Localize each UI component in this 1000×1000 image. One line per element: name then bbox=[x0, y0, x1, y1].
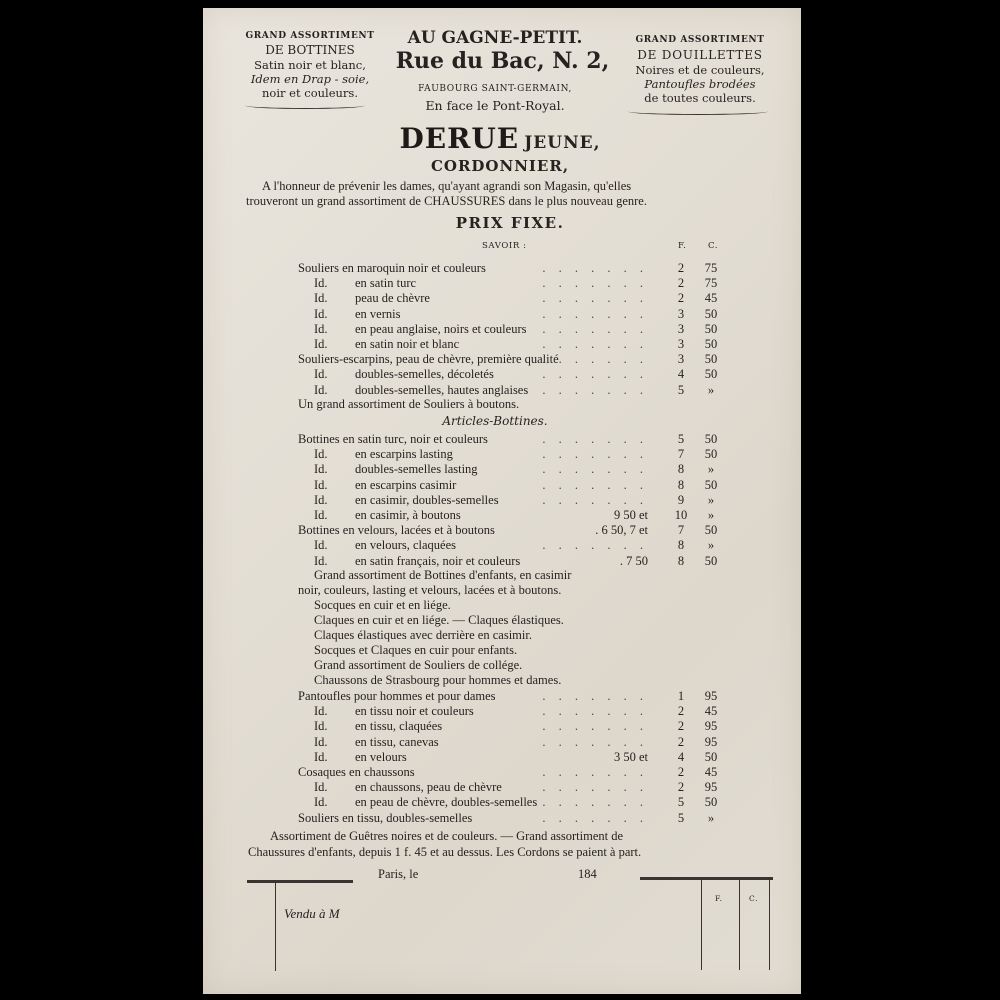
merchant-name: DERUE bbox=[400, 122, 520, 155]
invoice-vline-2 bbox=[739, 878, 740, 970]
shop-name: AU GAGNE-PETIT. bbox=[370, 28, 620, 48]
price-francs: 2 bbox=[674, 261, 688, 276]
price-centimes: 50 bbox=[702, 322, 720, 337]
price-row: Id.en tissu noir et couleurs. . . . . . … bbox=[298, 704, 728, 719]
invoice-vline-3 bbox=[769, 878, 770, 970]
price-row: Souliers en tissu, doubles-semelles. . .… bbox=[298, 811, 728, 826]
item-label: Id. bbox=[314, 478, 328, 493]
price-row: Id.en peau anglaise, noirs et couleurs. … bbox=[298, 322, 728, 337]
right-box-line5: de toutes couleurs. bbox=[625, 91, 775, 105]
item-description: peau de chèvre bbox=[355, 291, 430, 306]
invoice-left-vline bbox=[275, 881, 276, 971]
item-description: en peau de chèvre, doubles-semelles bbox=[355, 795, 537, 810]
price-row: Id.en tissu, canevas. . . . . . .295 bbox=[298, 735, 728, 750]
price-row: Id.en chaussons, peau de chèvre. . . . .… bbox=[298, 780, 728, 795]
footer-note-line-2: Chaussures d'enfants, depuis 1 f. 45 et … bbox=[248, 845, 641, 860]
price-row: Id.doubles-semelles, décoletés. . . . . … bbox=[298, 367, 728, 382]
item-description: en escarpins lasting bbox=[355, 447, 453, 462]
price-centimes: 95 bbox=[702, 735, 720, 750]
price-row: Cosaques en chaussons. . . . . . .245 bbox=[298, 765, 728, 780]
item-description: en velours bbox=[355, 750, 407, 765]
item-label: Id. bbox=[314, 383, 328, 398]
leader-dots: . . . . . . . bbox=[542, 322, 648, 337]
price-row: Id.en velours3 50 et450 bbox=[298, 750, 728, 765]
leader-dots: . . . . . . . bbox=[542, 735, 648, 750]
left-ornament-rule bbox=[245, 102, 365, 109]
leader-dots: . . . . . . . bbox=[542, 780, 648, 795]
note-line: Claques en cuir et en liége. — Claques é… bbox=[314, 613, 564, 628]
item-label: Cosaques en chaussons bbox=[298, 765, 415, 780]
invoice-vline-1 bbox=[701, 878, 702, 970]
price-centimes: 50 bbox=[702, 478, 720, 493]
invoice-col-francs: F. bbox=[715, 894, 723, 903]
price-centimes: 95 bbox=[702, 719, 720, 734]
invoice-place: Paris, le bbox=[378, 867, 418, 882]
price-row: Id.en peau de chèvre, doubles-semelles. … bbox=[298, 795, 728, 810]
item-description: en vernis bbox=[355, 307, 400, 322]
left-box-line5: noir et couleurs. bbox=[245, 86, 375, 100]
item-label: Id. bbox=[314, 554, 328, 569]
item-label: Id. bbox=[314, 276, 328, 291]
note-line: Socques et Claques en cuir pour enfants. bbox=[314, 643, 517, 658]
price-centimes: 50 bbox=[702, 352, 720, 367]
leader-dots: . . . . . . . bbox=[542, 307, 648, 322]
price-heading: PRIX FIXE. bbox=[400, 214, 620, 232]
price-row: Id.doubles-semelles, hautes anglaises. .… bbox=[298, 383, 728, 398]
district: FAUBOURG SAINT-GERMAIN, bbox=[370, 84, 620, 94]
item-label: Id. bbox=[314, 735, 328, 750]
item-description: en tissu, claquées bbox=[355, 719, 442, 734]
price-francs: 5 bbox=[674, 811, 688, 826]
section2-title: Articles-Bottines. bbox=[420, 414, 570, 428]
item-description: doubles-semelles, hautes anglaises bbox=[355, 383, 528, 398]
column-savoir: SAVOIR : bbox=[482, 241, 527, 251]
item-label: Id. bbox=[314, 447, 328, 462]
price-centimes: » bbox=[702, 462, 720, 477]
price-francs: 1 bbox=[674, 689, 688, 704]
leader-dots: . . . . . . . bbox=[542, 432, 648, 447]
leader-dots: . . . . . . . bbox=[542, 447, 648, 462]
price-centimes: 50 bbox=[702, 307, 720, 322]
note-line: Grand assortiment de Souliers de collége… bbox=[314, 658, 522, 673]
right-box-line2: DE DOUILLETTES bbox=[625, 48, 775, 62]
price-francs: 2 bbox=[674, 780, 688, 795]
price-francs: 2 bbox=[674, 765, 688, 780]
column-francs: F. bbox=[678, 241, 686, 251]
price-francs: 5 bbox=[674, 383, 688, 398]
price-francs: 7 bbox=[674, 447, 688, 462]
price-centimes: 45 bbox=[702, 765, 720, 780]
item-description: doubles-semelles lasting bbox=[355, 462, 478, 477]
price-francs: 3 bbox=[674, 337, 688, 352]
price-centimes: » bbox=[702, 493, 720, 508]
price-row: Souliers en maroquin noir et couleurs. .… bbox=[298, 261, 728, 276]
price-francs: 5 bbox=[674, 432, 688, 447]
price-francs: 2 bbox=[674, 704, 688, 719]
note-line: Socques en cuir et en liége. bbox=[314, 598, 451, 613]
leader-dots: . . . . . . . bbox=[542, 811, 648, 826]
footer-note-line-1: Assortiment de Guêtres noires et de coul… bbox=[270, 829, 775, 844]
note-line: Chaussons de Strasbourg pour hommes et d… bbox=[314, 673, 561, 688]
item-label: Id. bbox=[314, 719, 328, 734]
item-description: en satin noir et blanc bbox=[355, 337, 459, 352]
price-row: Id.en satin français, noir et couleurs. … bbox=[298, 554, 728, 569]
intro-line-2: trouveront un grand assortiment de CHAUS… bbox=[246, 194, 647, 209]
leader-dots: . . . . . . . bbox=[542, 352, 648, 367]
landmark: En face le Pont-Royal. bbox=[370, 98, 620, 113]
price-francs: 3 bbox=[674, 352, 688, 367]
leader-dots: . . . . . . . bbox=[542, 795, 648, 810]
leader-dots: . . . . . . . bbox=[542, 367, 648, 382]
price-francs: 8 bbox=[674, 462, 688, 477]
price-row: Id.peau de chèvre. . . . . . .245 bbox=[298, 291, 728, 306]
leader-dots: . . . . . . . bbox=[542, 478, 648, 493]
right-box-line3: Noires et de couleurs, bbox=[625, 63, 775, 77]
price-francs: 8 bbox=[674, 538, 688, 553]
item-description: en velours, claquées bbox=[355, 538, 456, 553]
price-row: Id.en vernis. . . . . . .350 bbox=[298, 307, 728, 322]
left-box-line1: GRAND ASSORTIMENT bbox=[245, 31, 375, 41]
price-row: Id.doubles-semelles lasting. . . . . . .… bbox=[298, 462, 728, 477]
price-francs: 2 bbox=[674, 291, 688, 306]
left-box-line4: Idem en Drap - soie, bbox=[240, 72, 380, 86]
price-francs: 8 bbox=[674, 554, 688, 569]
invoice-year: 184 bbox=[578, 867, 597, 882]
leader-dots: . . . . . . . bbox=[542, 493, 648, 508]
item-description: en tissu noir et couleurs bbox=[355, 704, 474, 719]
item-label: Souliers en tissu, doubles-semelles bbox=[298, 811, 472, 826]
item-description: en peau anglaise, noirs et couleurs bbox=[355, 322, 526, 337]
item-description: en casimir, à boutons bbox=[355, 508, 461, 523]
right-box-line4: Pantoufles brodées bbox=[625, 77, 775, 91]
leader-dots: . . . . . . . bbox=[542, 337, 648, 352]
note-line: noir, couleurs, lasting et velours, lacé… bbox=[298, 583, 561, 598]
price-francs: 8 bbox=[674, 478, 688, 493]
right-ornament-rule bbox=[628, 108, 768, 115]
item-label: Souliers en maroquin noir et couleurs bbox=[298, 261, 486, 276]
leader-dots: . . . . . . . bbox=[542, 719, 648, 734]
price-row: Id.en satin noir et blanc. . . . . . .35… bbox=[298, 337, 728, 352]
item-description: en satin turc bbox=[355, 276, 416, 291]
price-francs: 9 bbox=[674, 493, 688, 508]
alt-price: 9 50 et bbox=[614, 508, 648, 523]
item-label: Id. bbox=[314, 538, 328, 553]
price-centimes: 50 bbox=[702, 795, 720, 810]
alt-price: . 6 50, 7 et bbox=[595, 523, 648, 538]
price-centimes: 95 bbox=[702, 780, 720, 795]
price-centimes: 50 bbox=[702, 447, 720, 462]
leader-dots: . . . . . . . bbox=[542, 261, 648, 276]
price-row: Id.en casimir, à boutons9 50 et10» bbox=[298, 508, 728, 523]
price-row: Souliers-escarpins, peau de chèvre, prem… bbox=[298, 352, 728, 367]
item-label: Id. bbox=[314, 291, 328, 306]
price-centimes: 45 bbox=[702, 291, 720, 306]
shop-address: Rue du Bac, N. 2, bbox=[370, 48, 635, 74]
item-description: doubles-semelles, décoletés bbox=[355, 367, 494, 382]
alt-price: . 7 50 bbox=[620, 554, 648, 569]
right-box-line1: GRAND ASSORTIMENT bbox=[625, 35, 775, 45]
merchant-trade: CORDONNIER, bbox=[380, 157, 620, 175]
item-label: Bottines en velours, lacées et à boutons bbox=[298, 523, 495, 538]
price-centimes: 50 bbox=[702, 337, 720, 352]
leader-dots: . . . . . . . bbox=[542, 383, 648, 398]
merchant-name-block: DERUE JEUNE, bbox=[300, 122, 700, 155]
price-centimes: 50 bbox=[702, 523, 720, 538]
item-label: Id. bbox=[314, 750, 328, 765]
price-centimes: 50 bbox=[702, 554, 720, 569]
price-centimes: 75 bbox=[702, 261, 720, 276]
price-centimes: » bbox=[702, 508, 720, 523]
item-label: Id. bbox=[314, 367, 328, 382]
left-box-line2: DE BOTTINES bbox=[245, 43, 375, 57]
price-row: Id.en casimir, doubles-semelles. . . . .… bbox=[298, 493, 728, 508]
item-label: Souliers-escarpins, peau de chèvre, prem… bbox=[298, 352, 559, 367]
price-centimes: 50 bbox=[702, 750, 720, 765]
leader-dots: . . . . . . . bbox=[542, 704, 648, 719]
leader-dots: . . . . . . . bbox=[542, 291, 648, 306]
price-row: Id.en velours, claquées. . . . . . .8» bbox=[298, 538, 728, 553]
item-description: en satin français, noir et couleurs bbox=[355, 554, 520, 569]
invoice-sold-to: Vendu à M bbox=[284, 906, 340, 922]
left-box-line3: Satin noir et blanc, bbox=[245, 58, 375, 72]
price-centimes: 50 bbox=[702, 432, 720, 447]
price-centimes: 75 bbox=[702, 276, 720, 291]
price-francs: 2 bbox=[674, 276, 688, 291]
leader-dots: . . . . . . . bbox=[542, 538, 648, 553]
price-row: Pantoufles pour hommes et pour dames. . … bbox=[298, 689, 728, 704]
price-centimes: 95 bbox=[702, 689, 720, 704]
item-label: Id. bbox=[314, 337, 328, 352]
price-francs: 7 bbox=[674, 523, 688, 538]
note-line: Claques élastiques avec derrière en casi… bbox=[314, 628, 532, 643]
price-francs: 10 bbox=[674, 508, 688, 523]
merchant-suffix: JEUNE, bbox=[524, 133, 600, 153]
price-francs: 2 bbox=[674, 735, 688, 750]
column-centimes: C. bbox=[708, 241, 718, 251]
price-row: Id.en satin turc. . . . . . .275 bbox=[298, 276, 728, 291]
item-label: Bottines en satin turc, noir et couleurs bbox=[298, 432, 488, 447]
section1-note: Un grand assortiment de Souliers à bouto… bbox=[298, 397, 519, 412]
price-centimes: 50 bbox=[702, 367, 720, 382]
price-row: Bottines en satin turc, noir et couleurs… bbox=[298, 432, 728, 447]
invoice-right-rule bbox=[640, 877, 773, 880]
leader-dots: . . . . . . . bbox=[542, 276, 648, 291]
price-francs: 2 bbox=[674, 719, 688, 734]
item-description: en escarpins casimir bbox=[355, 478, 456, 493]
item-description: en tissu, canevas bbox=[355, 735, 439, 750]
price-centimes: 45 bbox=[702, 704, 720, 719]
alt-price: 3 50 et bbox=[614, 750, 648, 765]
intro-line-1: A l'honneur de prévenir les dames, qu'ay… bbox=[262, 179, 772, 194]
item-label: Id. bbox=[314, 307, 328, 322]
leader-dots: . . . . . . . bbox=[542, 689, 648, 704]
price-row: Id.en escarpins casimir. . . . . . .850 bbox=[298, 478, 728, 493]
leader-dots: . . . . . . . bbox=[542, 462, 648, 477]
price-centimes: » bbox=[702, 383, 720, 398]
price-francs: 4 bbox=[674, 367, 688, 382]
item-label: Id. bbox=[314, 493, 328, 508]
price-francs: 5 bbox=[674, 795, 688, 810]
item-label: Id. bbox=[314, 780, 328, 795]
item-label: Id. bbox=[314, 462, 328, 477]
price-row: Id.en tissu, claquées. . . . . . .295 bbox=[298, 719, 728, 734]
price-francs: 3 bbox=[674, 322, 688, 337]
price-centimes: » bbox=[702, 811, 720, 826]
item-label: Id. bbox=[314, 322, 328, 337]
item-label: Pantoufles pour hommes et pour dames bbox=[298, 689, 496, 704]
invoice-left-rule bbox=[247, 880, 353, 883]
note-line: Grand assortiment de Bottines d'enfants,… bbox=[314, 568, 571, 583]
item-description: en chaussons, peau de chèvre bbox=[355, 780, 502, 795]
price-centimes: » bbox=[702, 538, 720, 553]
invoice-col-centimes: C. bbox=[749, 894, 758, 903]
price-row: Bottines en velours, lacées et à boutons… bbox=[298, 523, 728, 538]
item-label: Id. bbox=[314, 795, 328, 810]
price-francs: 3 bbox=[674, 307, 688, 322]
item-description: en casimir, doubles-semelles bbox=[355, 493, 499, 508]
price-row: Id.en escarpins lasting. . . . . . .750 bbox=[298, 447, 728, 462]
item-label: Id. bbox=[314, 508, 328, 523]
leader-dots: . . . . . . . bbox=[542, 765, 648, 780]
item-label: Id. bbox=[314, 704, 328, 719]
price-francs: 4 bbox=[674, 750, 688, 765]
